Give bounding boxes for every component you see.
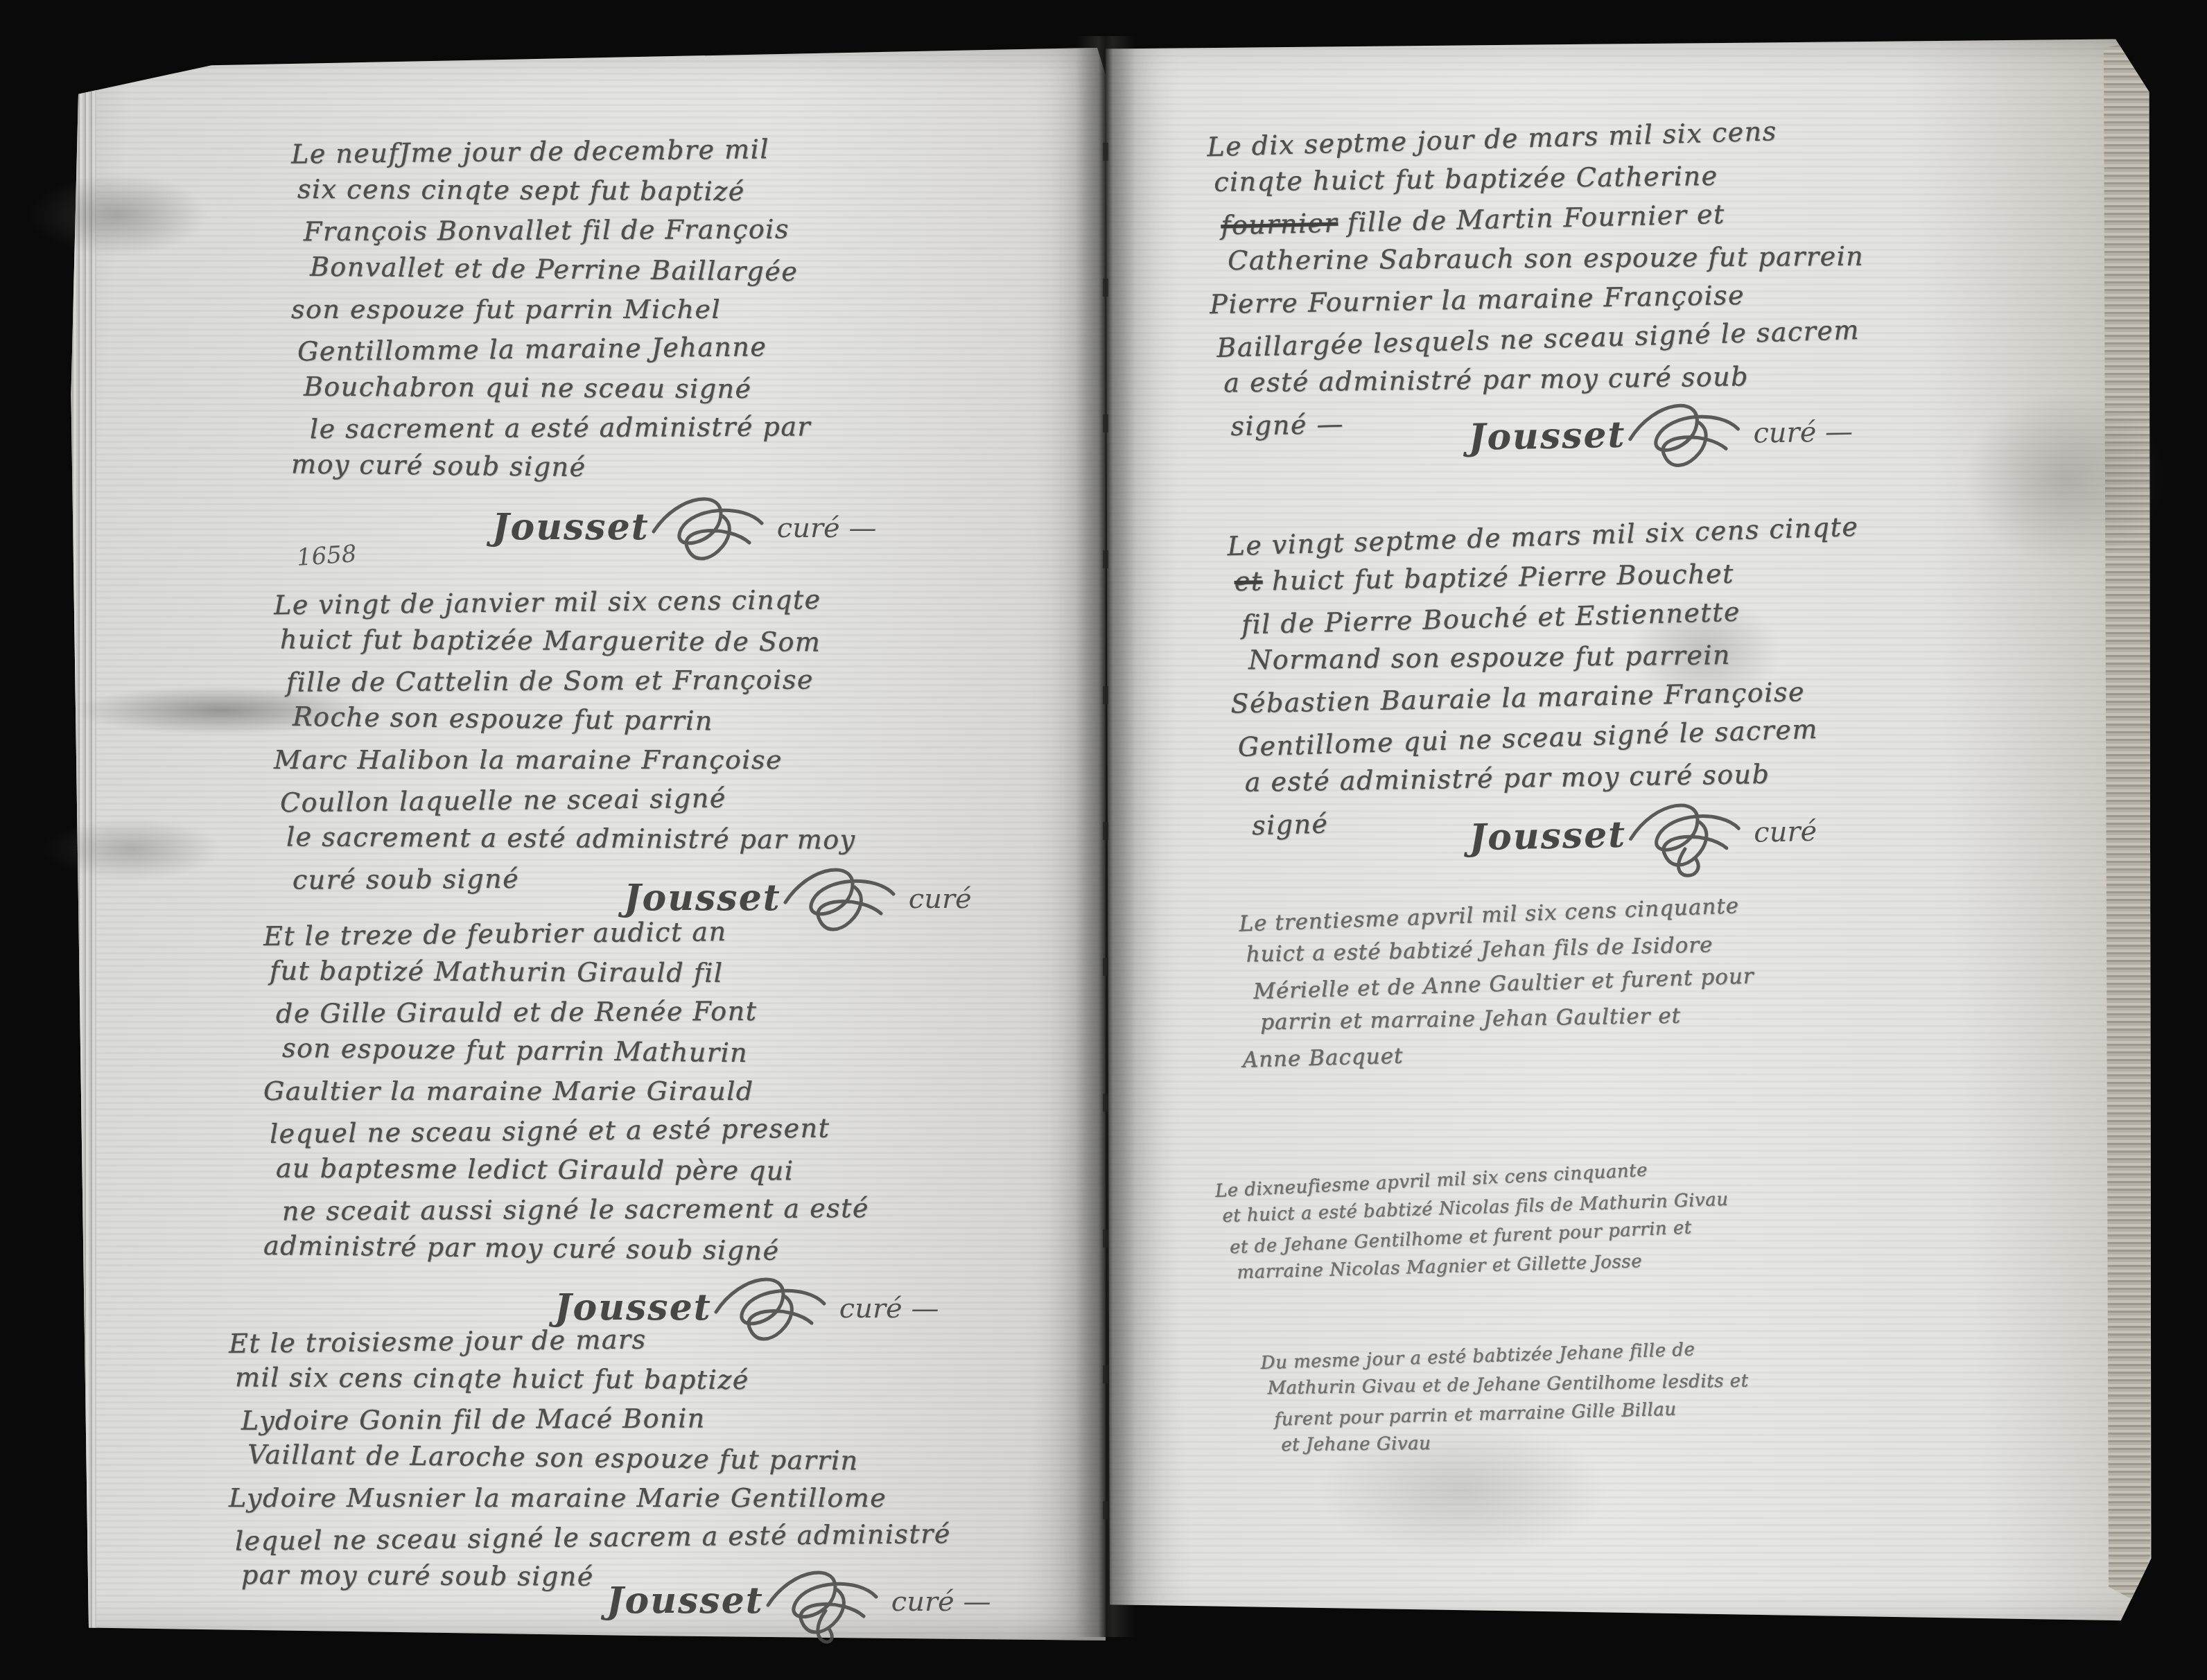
entry-lines: Le dix septme jour de mars mil six censc… <box>1207 112 1867 445</box>
baptism-entry: Du mesme jour a esté babtizée Jehane fil… <box>1260 1336 1750 1463</box>
manuscript-line: Le vingt de janvier mil six cens cinqte <box>274 579 972 626</box>
manuscript-line: son espouze fut parrin Michel <box>291 290 876 329</box>
baptism-entry: Le trentiesme apvril mil six cens cinqua… <box>1239 891 1756 1077</box>
manuscript-line: mil six cens cinqte huict fut baptizé <box>235 1358 991 1401</box>
manuscript-line: Gaultier la maraine Marie Girauld <box>263 1071 939 1111</box>
baptism-entry: Et le treze de feubrier audict anfut bap… <box>263 913 939 1329</box>
manuscript-line: moy curé soub signé <box>291 445 877 491</box>
manuscript-line: lequel ne sceau signé et a esté present <box>270 1108 939 1154</box>
signature-title: curé — <box>777 512 877 548</box>
entry-lines: Le trentiesme apvril mil six cens cinqua… <box>1239 891 1756 1077</box>
manuscript-line: Et le troisiesme jour de mars <box>229 1316 991 1364</box>
stacked-page-edges-left <box>66 43 96 1640</box>
manuscript-line: Lydoire Musnier la maraine Marie Gentill… <box>229 1478 991 1518</box>
manuscript-line: le sacrement a esté administré par <box>310 407 877 449</box>
manuscript-line: Marc Halibon la maraine Françoise <box>274 740 972 780</box>
baptism-entry: Le vingt de janvier mil six cens cinqteh… <box>274 582 972 919</box>
manuscript-line: fut baptizé Mathurin Girauld fil <box>270 951 939 994</box>
entry-lines: Le dixneufiesme apvril mil six cens cinq… <box>1214 1155 1731 1290</box>
manuscript-line: lequel ne sceau signé le sacrem a esté a… <box>235 1514 991 1561</box>
manuscript-scan: pidoce fournier camarain francoise baill… <box>0 0 2207 1680</box>
manuscript-line: Bonvallet et de Perrine Baillargée <box>310 247 877 293</box>
manuscript-line: le sacrement a esté administré par moy <box>286 817 972 860</box>
baptism-entry: Le dixneufiesme apvril mil six cens cinq… <box>1214 1155 1731 1290</box>
struck-word: fournier <box>1221 208 1338 241</box>
entry-lines: Le vingt de janvier mil six cens cinqteh… <box>274 582 972 898</box>
manuscript-line: Coullon laquelle ne sceai signé <box>280 776 972 823</box>
entry-lines: Le neufJme jour de decembre milsix cens … <box>291 132 876 487</box>
manuscript-line: six cens cinqte sept fut baptizé <box>297 170 877 212</box>
manuscript-line: François Bonvallet fil de François <box>304 209 877 252</box>
entry-lines: Et le treze de feubrier audict anfut bap… <box>263 913 939 1269</box>
manuscript-line: fille de Cattelin de Som et Françoise <box>286 659 972 702</box>
baptism-entry: Le neufJme jour de decembre milsix cens … <box>291 132 876 548</box>
manuscript-line: au baptesme ledict Girauld père qui <box>276 1148 939 1191</box>
baptism-entry: Et le troisiesme jour de marsmil six cen… <box>229 1320 991 1622</box>
priest-signature: Jousset <box>492 506 649 548</box>
manuscript-line: Lydoire Gonin fil de Macé Bonin <box>241 1397 991 1441</box>
book-fore-edge <box>2104 40 2152 1602</box>
manuscript-line: par moy curé soub signé <box>241 1555 991 1599</box>
manuscript-line: Le neufJme jour de decembre mil <box>291 129 877 175</box>
binding-gutter <box>1076 36 1135 1637</box>
entry-lines: Et le troisiesme jour de marsmil six cen… <box>229 1320 991 1597</box>
manuscript-line: ne sceait aussi signé le sacrement a est… <box>282 1189 939 1232</box>
manuscript-line: administré par moy curé soub signé <box>263 1226 939 1272</box>
manuscript-line: Gentillomme la maraine Jehanne <box>297 326 877 372</box>
signature-row: Jousset curé — <box>492 489 876 548</box>
baptism-entry: Le vingt septme de mars mil six cens cin… <box>1227 510 1865 864</box>
manuscript-line: huict fut baptizée Marguerite de Som <box>280 620 972 663</box>
manuscript-line: Et le treze de feubrier audict an <box>263 910 939 956</box>
manuscript-line: Vaillant de Laroche son espouze fut parr… <box>247 1435 991 1482</box>
manuscript-line: de Gille Girauld et de Renée Font <box>276 990 939 1033</box>
manuscript-line: son espouze fut parrin Mathurin <box>282 1029 939 1075</box>
entry-lines: Du mesme jour a esté babtizée Jehane fil… <box>1260 1336 1750 1463</box>
struck-word: et <box>1234 566 1262 597</box>
manuscript-line: Roche son espouze fut parrin <box>293 697 972 744</box>
entry-lines: Le vingt septme de mars mil six cens cin… <box>1227 510 1865 845</box>
manuscript-line: et Jehane Givau <box>1281 1426 1750 1460</box>
signature-flourish-icon <box>645 489 777 572</box>
binding-stitches <box>1103 36 1108 1637</box>
manuscript-line: Bouchabron qui ne sceau signé <box>304 367 877 410</box>
manuscript-line: curé soub signé <box>293 857 972 900</box>
baptism-entry: Le dix septme jour de mars mil six censc… <box>1207 112 1867 463</box>
